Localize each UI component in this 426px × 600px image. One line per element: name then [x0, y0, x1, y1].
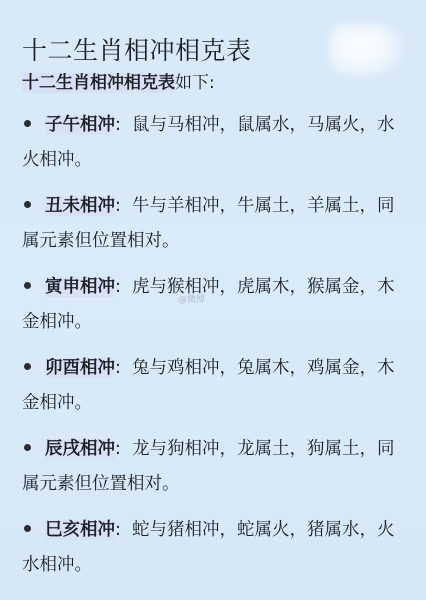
item-sep: : [115, 115, 121, 135]
bullet-icon [24, 525, 31, 532]
list-item: 辰戌相冲: 龙与狗相冲，龙属土，狗属土，同属元素但位置相对。 [22, 432, 407, 502]
item-sep: : [115, 358, 121, 378]
item-sep: : [115, 277, 121, 297]
list-item: 卯酉相冲: 兔与鸡相冲，兔属木，鸡属金，木金相冲。 [22, 351, 407, 421]
intro-text: 十二生肖相冲相克表如下: [22, 68, 215, 93]
intro-rest: 如下: [175, 73, 215, 93]
bullet-icon [24, 444, 31, 451]
item-key: 寅申相冲 [45, 277, 115, 297]
list-item: 子午相冲: 鼠与马相冲，鼠属水，马属火，水火相冲。 [22, 108, 407, 178]
intro-highlight: 十二生肖相冲相克表 [22, 73, 175, 93]
list-item: 巳亥相冲: 蛇与猪相冲，蛇属火，猪属水，火水相冲。 [22, 513, 407, 583]
item-key: 巳亥相冲 [45, 520, 115, 540]
cloud-decoration [330, 25, 405, 80]
item-key: 卯酉相冲 [45, 358, 115, 378]
bullet-icon [24, 363, 31, 370]
list-item: 丑未相冲: 牛与羊相冲，牛属土，羊属土，同属元素但位置相对。 [22, 189, 407, 259]
item-sep: : [115, 520, 121, 540]
item-sep: : [115, 439, 121, 459]
bullet-icon [24, 120, 31, 127]
item-key: 辰戌相冲 [45, 439, 115, 459]
list-item: 寅申相冲: 虎与猴相冲，虎属木，猴属金，木金相冲。 [22, 270, 407, 340]
item-key: 丑未相冲 [45, 196, 115, 216]
bullet-icon [24, 282, 31, 289]
bullet-icon [24, 201, 31, 208]
page-title: 十二生肖相冲相克表 [22, 31, 252, 67]
item-key: 子午相冲 [45, 115, 115, 135]
watermark: @微博 [178, 292, 205, 305]
item-sep: : [115, 196, 121, 216]
clash-list: 子午相冲: 鼠与马相冲，鼠属水，马属火，水火相冲。 丑未相冲: 牛与羊相冲，牛属… [22, 108, 407, 594]
